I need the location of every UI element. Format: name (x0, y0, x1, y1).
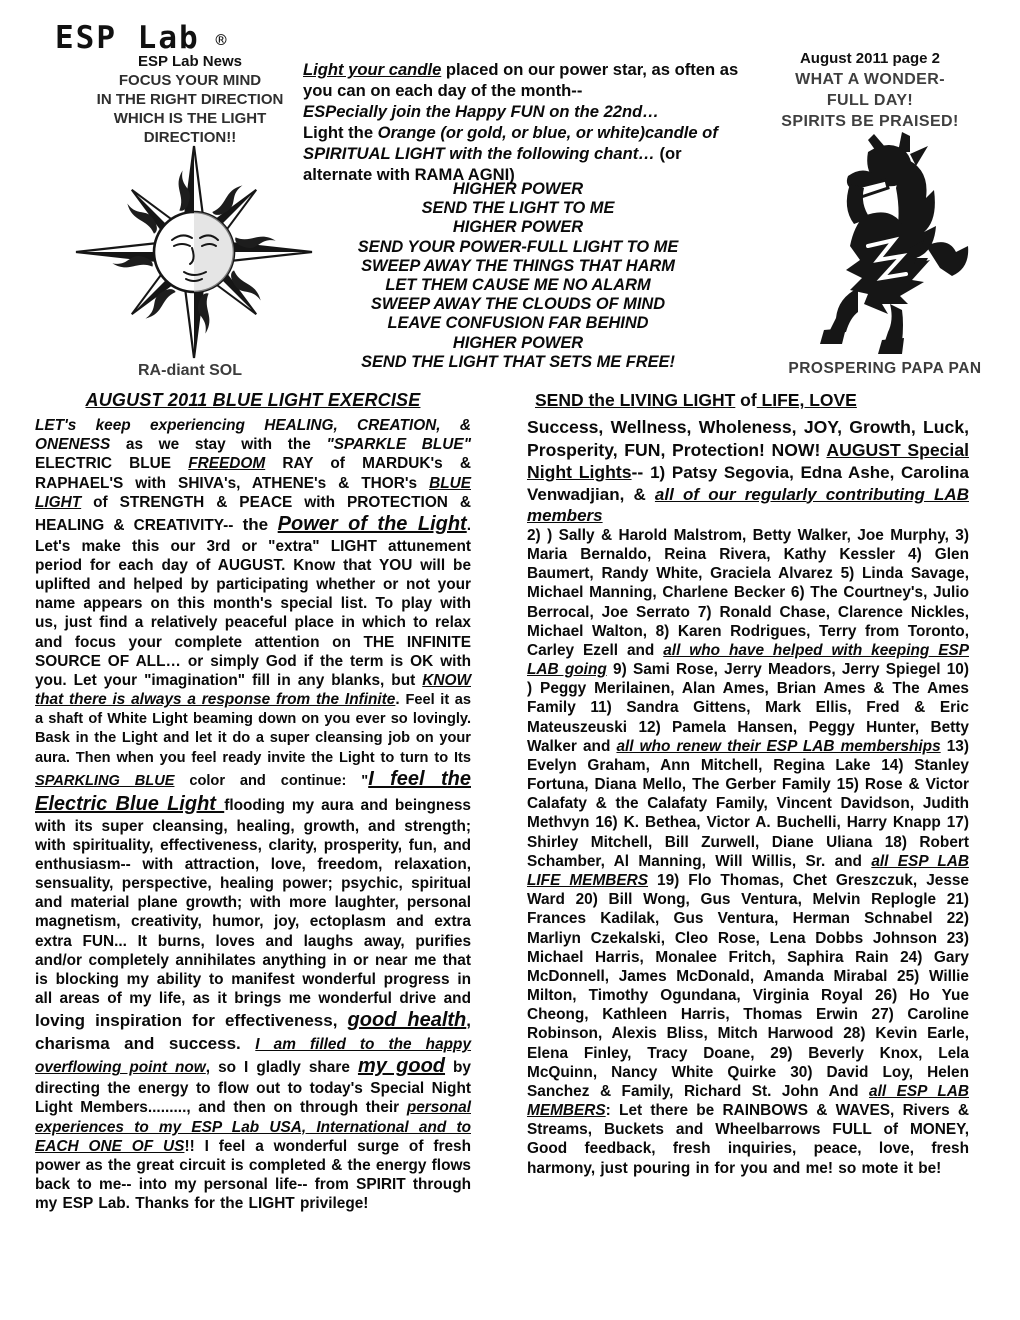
text-segment: ELECTRIC BLUE (35, 455, 188, 472)
text-segment: Light your candle (303, 60, 441, 79)
text-line: WHICH IS THE LIGHT (70, 109, 310, 128)
text-segment: . Let's make this our 3rd or "extra" LIG… (35, 517, 471, 689)
text-segment: of (735, 390, 756, 410)
text-line: LET THEM CAUSE ME NO ALARM (288, 276, 748, 295)
text-segment: , (466, 1011, 471, 1030)
text-line: ESP Lab News (70, 52, 310, 71)
pan-caption: PROSPERING PAPA PAN (765, 360, 1005, 378)
text-segment: as we stay with the (110, 436, 326, 453)
blue-light-exercise-body: LET's keep experiencing HEALING, CREATIO… (35, 416, 471, 1213)
esp-lab-logo: ESP Lab® (55, 20, 227, 56)
text-segment: -- (632, 462, 651, 482)
blue-light-exercise-heading: AUGUST 2011 BLUE LIGHT EXERCISE (35, 390, 471, 411)
sun-illustration (68, 144, 320, 362)
text-segment: ESPecially join the Happy FUN on the 22n… (303, 102, 659, 121)
text-segment: 13) Evelyn Graham, Ann Mitchell, Regina … (527, 738, 969, 870)
text-line: SWEEP AWAY THE THINGS THAT HARM (288, 257, 748, 276)
pan-figure-icon (798, 128, 998, 360)
text-segment: FREEDOM (188, 455, 265, 472)
living-light-heading: SEND the LIVING LIGHT of LIFE, LOVE (527, 390, 969, 411)
text-line: HIGHER POWER (288, 218, 748, 237)
text-segment: flooding my aura and beingness with its … (35, 797, 471, 1007)
text-segment: "SPARKLE BLUE" (326, 436, 471, 453)
candle-intro-paragraph: Light your candle placed on our power st… (303, 60, 743, 185)
text-line: LEAVE CONFUSION FAR BEHIND (288, 314, 748, 333)
text-segment: Power of the Light (278, 513, 467, 535)
registered-trademark-symbol: ® (216, 30, 227, 51)
text-segment: my good (358, 1055, 445, 1077)
text-segment: 19) Flo Thomas, Chet Greszczuk, Jesse Wa… (527, 872, 969, 1100)
logo-text: ESP Lab (55, 20, 200, 56)
masthead-tagline: ESP Lab NewsFOCUS YOUR MINDIN THE RIGHT … (70, 52, 310, 147)
text-segment: the (243, 515, 278, 534)
blue-light-exercise-column: AUGUST 2011 BLUE LIGHT EXERCISE LET's ke… (35, 390, 471, 1213)
text-segment: 2) ) Sally & Harold Malstrom, Betty Walk… (527, 527, 969, 659)
text-line: SEND THE LIGHT THAT SETS ME FREE! (288, 353, 748, 372)
page-date-line: August 2011 page 2 (765, 50, 975, 67)
text-line: SEND THE LIGHT TO ME (288, 199, 748, 218)
text-segment: LIFE, LOVE (757, 390, 857, 410)
text-segment: all who renew their ESP LAB memberships (616, 738, 940, 755)
sun-caption: RA-diant SOL (70, 362, 310, 380)
living-light-column: SEND the LIVING LIGHT of LIFE, LOVE Succ… (527, 390, 969, 1213)
text-segment: good health (348, 1009, 467, 1031)
text-line: FOCUS YOUR MIND (70, 71, 310, 90)
text-segment: loving inspiration for effectiveness, (35, 1011, 348, 1030)
text-line: IN THE RIGHT DIRECTION (70, 90, 310, 109)
text-line: SEND YOUR POWER-FULL LIGHT TO ME (288, 238, 748, 257)
text-segment: SPARKLING BLUE (35, 773, 174, 789)
text-segment: SEND the LIVING LIGHT (535, 390, 735, 410)
text-segment: charisma and success. (35, 1034, 255, 1053)
special-night-lights-body: Success, Wellness, Wholeness, JOY, Growt… (527, 416, 969, 1178)
text-segment: . (395, 691, 405, 708)
text-line: SWEEP AWAY THE CLOUDS OF MIND (288, 295, 748, 314)
sun-star-icon (68, 144, 320, 362)
text-segment: color and continue: " (174, 773, 368, 789)
text-line: HIGHER POWER (288, 180, 748, 199)
text-segment: Light the (303, 123, 378, 142)
higher-power-chant: HIGHER POWERSEND THE LIGHT TO MEHIGHER P… (288, 180, 748, 372)
newsletter-page: ESP Lab® ESP Lab NewsFOCUS YOUR MINDIN T… (0, 0, 1020, 1320)
right-header-lines: WHAT A WONDER-FULL DAY!SPIRITS BE PRAISE… (755, 70, 985, 132)
text-line: FULL DAY! (755, 91, 985, 112)
pan-illustration (798, 128, 998, 360)
text-line: WHAT A WONDER- (755, 70, 985, 91)
text-line: HIGHER POWER (288, 334, 748, 353)
text-segment: , so I gladly share (206, 1059, 358, 1076)
article-columns: AUGUST 2011 BLUE LIGHT EXERCISE LET's ke… (35, 390, 985, 1213)
